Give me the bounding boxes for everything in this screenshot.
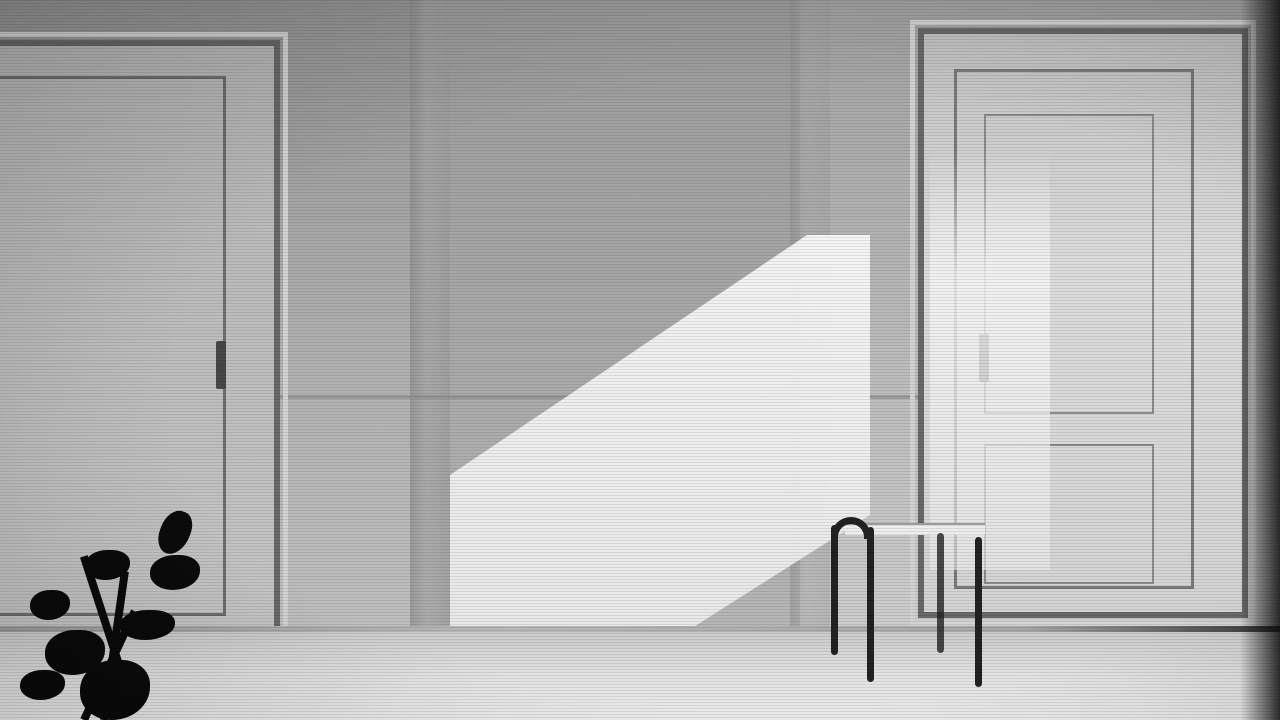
plant-leaf <box>150 555 200 590</box>
potted-plant <box>10 510 230 720</box>
plant-leaf <box>80 660 150 720</box>
photo-scene <box>0 0 1280 720</box>
plant-leaf <box>20 670 65 700</box>
plant-leaf <box>120 610 175 640</box>
stool-leg <box>975 537 982 687</box>
wall-pilaster <box>410 0 450 640</box>
edge-shadow <box>1240 0 1280 720</box>
stool-leg <box>937 533 944 653</box>
stool-leg <box>831 525 838 655</box>
door-handle <box>216 341 226 389</box>
stool-leg <box>867 527 874 682</box>
stool <box>825 515 1000 675</box>
plant-leaf <box>30 590 70 620</box>
plant-leaf <box>153 506 197 559</box>
sunlight-on-door <box>930 150 1050 570</box>
